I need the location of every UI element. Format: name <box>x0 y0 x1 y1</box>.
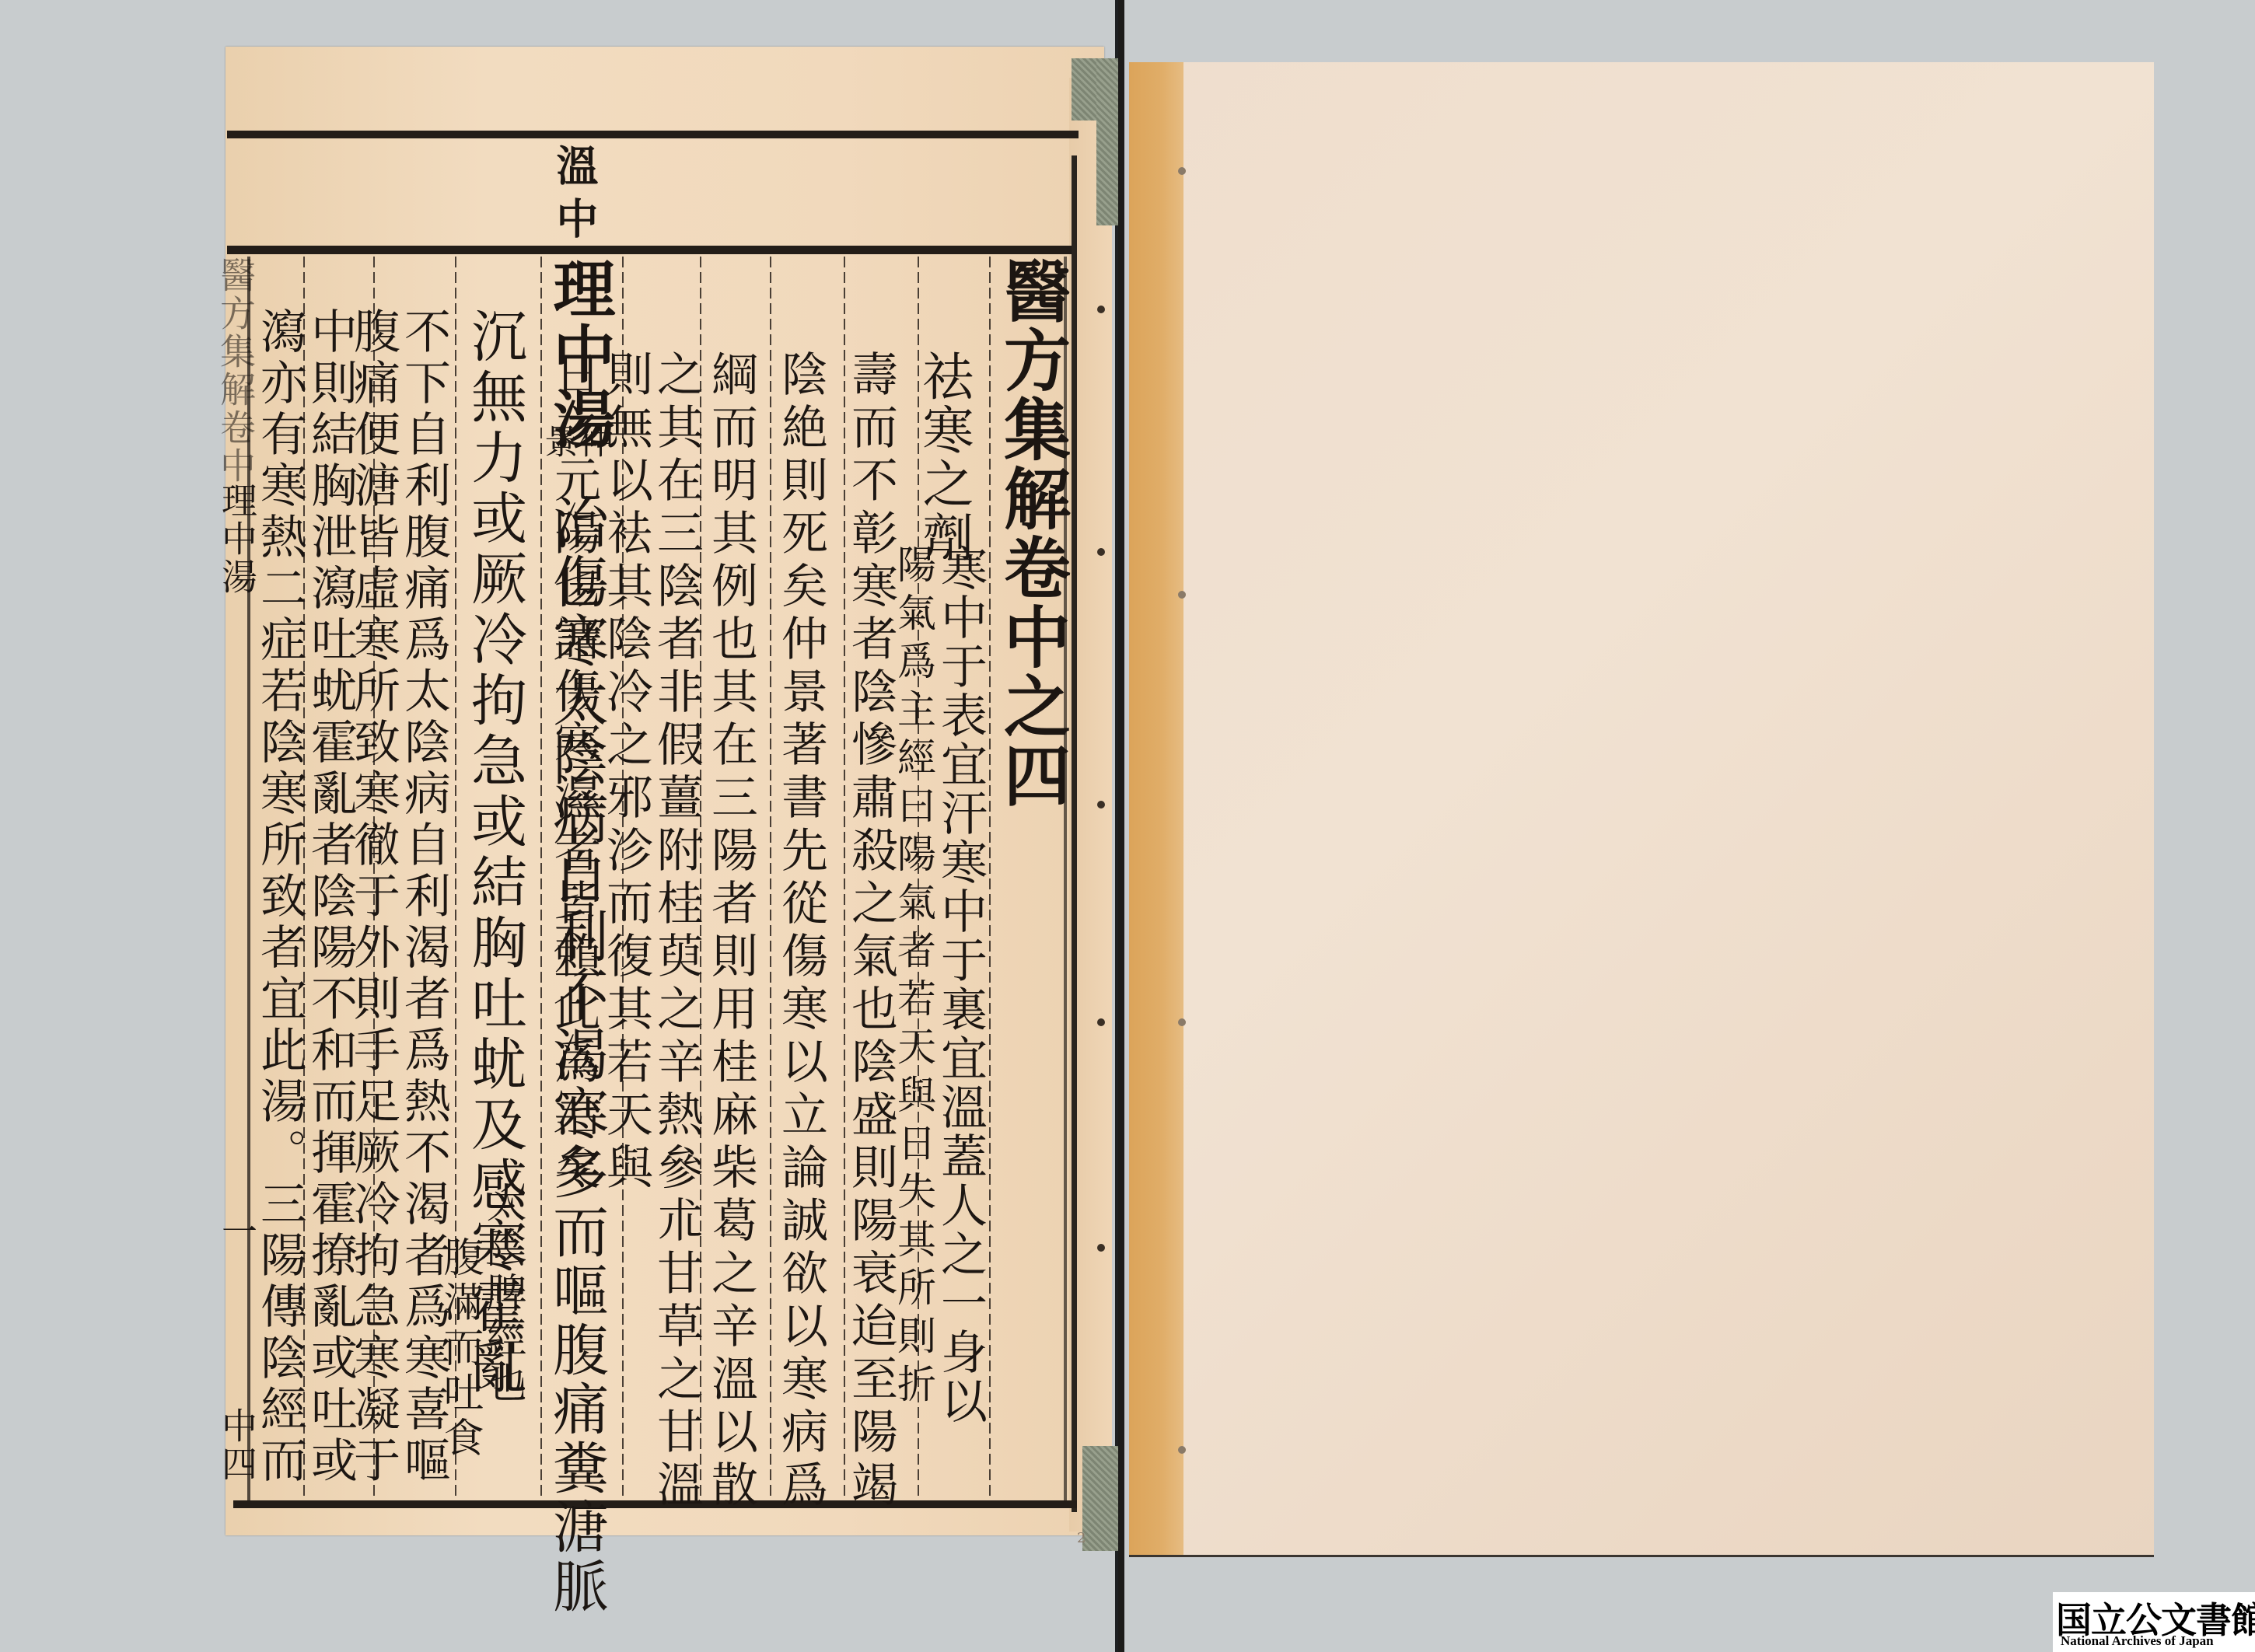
right-page-binding-strip <box>1129 62 1183 1555</box>
category-heading: 祛寒之劑 <box>918 350 969 564</box>
book-spine <box>1118 0 1124 1652</box>
body-column-4: 綱而明其例也其在三陽者則用桂麻柴葛之辛溫以散 <box>708 350 754 1513</box>
fold-margin-volume-page: 中四 <box>219 1407 255 1483</box>
cloth-tape-bottom <box>1082 1446 1118 1551</box>
archive-logo: 国立公文書館 National Archives of Japan <box>2053 1592 2255 1652</box>
binding-hole <box>1178 1018 1186 1026</box>
formula-author-2: 景 <box>540 424 575 460</box>
archive-logo-english: National Archives of Japan <box>2061 1633 2214 1649</box>
body-column-1-note: 陽氣爲主經曰陽氣者若天與日失其所則折 <box>894 544 933 1412</box>
fold-margin-title: 醫方集解卷中 <box>218 257 253 485</box>
formula-indication: 治傷寒太陰病自利不渴寒多而嘔腹痛糞溏脈 <box>548 494 604 1616</box>
header-rule-top <box>227 131 1079 138</box>
volume-title: 醫方集解卷中之四 <box>998 257 1065 810</box>
fold-margin-section: 理中湯 <box>219 482 255 596</box>
header-rule-bottom <box>227 246 1075 254</box>
binding-hole <box>1097 1244 1105 1252</box>
commentary-column-5: 瀉亦有寒熱二症若陰寒所致者宜此湯。三陽傳陰經而 <box>257 307 303 1487</box>
commentary-column-4: 中則結胸泄瀉吐蚘霍亂者陰陽不和而揮霍撩亂或吐或 <box>307 307 354 1487</box>
right-page-blank <box>1129 62 2154 1557</box>
body-column-6: 則無以袪其陰冷之邪沴而復其若天與 <box>603 350 649 1196</box>
column-divider <box>770 257 771 1500</box>
body-column-1-text: 寒中于表宜汗寒中于裏宜溫蓋人之一身以 <box>937 544 984 1426</box>
binding-hole <box>1097 1018 1105 1026</box>
commentary-column-2: 不下自利腹痛爲太陰病自利渴者爲熱不渴者爲寒喜嘔 <box>400 307 447 1487</box>
binding-hole <box>1097 306 1105 313</box>
fold-margin-page: 一 <box>219 1213 255 1251</box>
pencil-mark: 2 <box>1077 1530 1086 1546</box>
binding-hole <box>1097 548 1105 556</box>
binding-hole <box>1178 1446 1186 1454</box>
cloth-tape-top-side <box>1096 58 1118 225</box>
header-title: 溫中 <box>554 144 596 250</box>
column-divider <box>989 257 991 1500</box>
frame-right-border <box>1072 155 1077 1512</box>
binding-hole <box>1178 167 1186 175</box>
binding-hole <box>1097 801 1105 809</box>
formula-author-1: 仲 <box>575 424 610 460</box>
binding-hole <box>1178 591 1186 599</box>
body-column-3: 陰絶則死矣仲景著書先從傷寒以立論誠欲以寒病爲 <box>778 350 824 1513</box>
body-column-2: 壽而不彰寒者陰慘肅殺之氣也陰盛則陽衰迨至陽竭 <box>848 350 894 1513</box>
body-column-5: 之其在三陰者非假薑附桂萸之辛熱參朮甘草之甘溫 <box>653 350 700 1513</box>
commentary-column-1-note-a: 太陰脾經也 <box>482 1182 523 1407</box>
